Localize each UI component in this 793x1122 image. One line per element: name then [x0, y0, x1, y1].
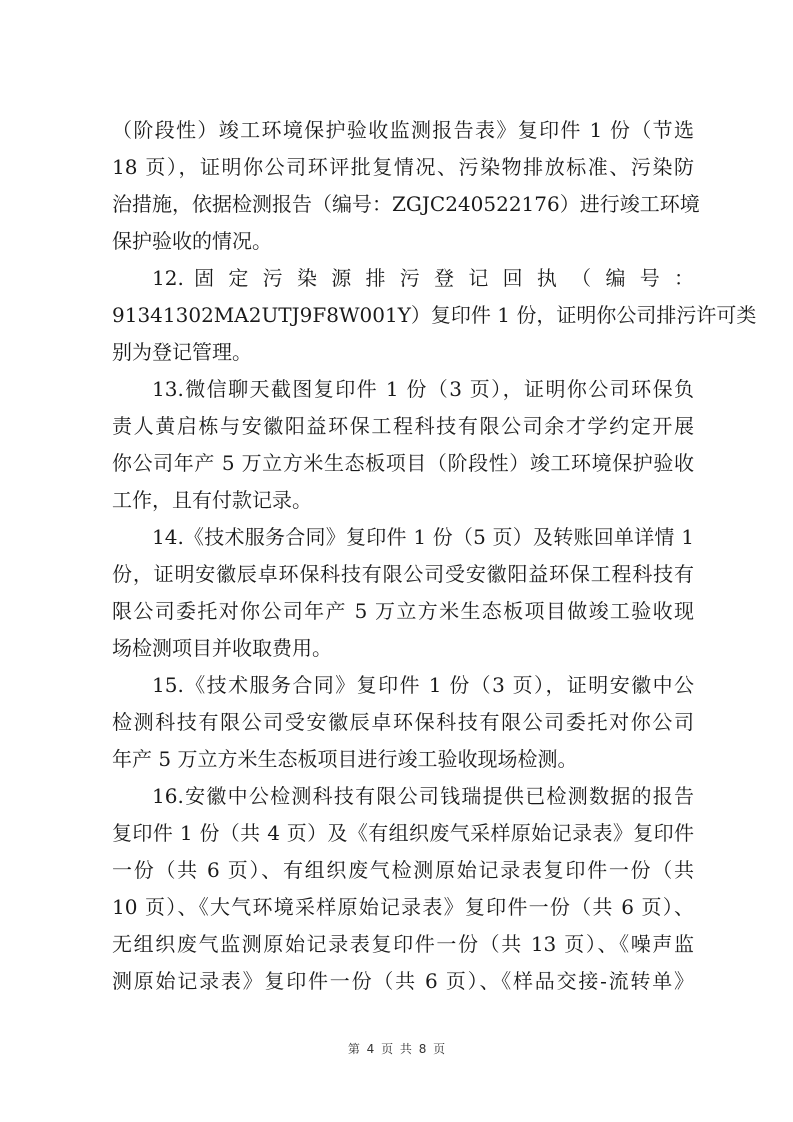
text-line: 复印件 1 份（共 4 页）及《有组织废气采样原始记录表》复印件 [112, 815, 694, 852]
text-line: 测原始记录表》复印件一份（共 6 页）、《样品交接-流转单》 [112, 963, 694, 1000]
paragraph-14: 14.《技术服务合同》复印件 1 份（5 页）及转账回单详情 1 份，证明安徽辰… [112, 519, 694, 667]
paragraph-12: 12. 固 定 污 染 源 排 污 登 记 回 执 （ 编 号 ： 913413… [112, 260, 694, 371]
text-line: 13.微信聊天截图复印件 1 份（3 页），证明你公司环保负 [112, 371, 694, 408]
page-footer: 第 4 页 共 8 页 [0, 1040, 793, 1057]
document-body: （阶段性）竣工环境保护验收监测报告表》复印件 1 份（节选 18 页），证明你公… [112, 112, 694, 1000]
text-line: 你公司年产 5 万立方米生态板项目（阶段性）竣工环境保护验收 [112, 445, 694, 482]
text-line: 年产 5 万立方米生态板项目进行竣工验收现场检测。 [112, 741, 694, 778]
text-line: 91341302MA2UTJ9F8W001Y）复印件 1 份，证明你公司排污许可… [112, 297, 694, 334]
paragraph-15: 15.《技术服务合同》复印件 1 份（3 页），证明安徽中公 检测科技有限公司受… [112, 667, 694, 778]
text-line: 场检测项目并收取费用。 [112, 630, 694, 667]
document-page: （阶段性）竣工环境保护验收监测报告表》复印件 1 份（节选 18 页），证明你公… [0, 0, 793, 1122]
text-line: 无组织废气监测原始记录表复印件一份（共 13 页）、《噪声监 [112, 926, 694, 963]
text-line: 10 页）、《大气环境采样原始记录表》复印件一份（共 6 页）、 [112, 889, 694, 926]
page-number-label: 第 4 页 共 8 页 [348, 1042, 445, 1056]
paragraph-16: 16.安徽中公检测科技有限公司钱瑞提供已检测数据的报告 复印件 1 份（共 4 … [112, 778, 694, 1000]
text-line: 检测科技有限公司受安徽辰卓环保科技有限公司委托对你公司 [112, 704, 694, 741]
paragraph-13: 13.微信聊天截图复印件 1 份（3 页），证明你公司环保负 责人黄启栋与安徽阳… [112, 371, 694, 519]
text-line: 别为登记管理。 [112, 334, 694, 371]
text-line: （阶段性）竣工环境保护验收监测报告表》复印件 1 份（节选 [112, 112, 694, 149]
text-line: 责人黄启栋与安徽阳益环保工程科技有限公司余才学约定开展 [112, 408, 694, 445]
paragraph-11-continuation: （阶段性）竣工环境保护验收监测报告表》复印件 1 份（节选 18 页），证明你公… [112, 112, 694, 260]
text-line: 治措施，依据检测报告（编号：ZGJC240522176）进行竣工环境 [112, 186, 694, 223]
text-line: 份，证明安徽辰卓环保科技有限公司受安徽阳益环保工程科技有 [112, 556, 694, 593]
text-line: 12. 固 定 污 染 源 排 污 登 记 回 执 （ 编 号 ： [112, 260, 694, 297]
text-line: 18 页），证明你公司环评批复情况、污染物排放标准、污染防 [112, 149, 694, 186]
text-line: 14.《技术服务合同》复印件 1 份（5 页）及转账回单详情 1 [112, 519, 694, 556]
text-line: 15.《技术服务合同》复印件 1 份（3 页），证明安徽中公 [112, 667, 694, 704]
text-line: 限公司委托对你公司年产 5 万立方米生态板项目做竣工验收现 [112, 593, 694, 630]
text-line: 16.安徽中公检测科技有限公司钱瑞提供已检测数据的报告 [112, 778, 694, 815]
text-line: 一份（共 6 页）、有组织废气检测原始记录表复印件一份（共 [112, 852, 694, 889]
text-line: 保护验收的情况。 [112, 223, 694, 260]
text-line: 工作，且有付款记录。 [112, 482, 694, 519]
